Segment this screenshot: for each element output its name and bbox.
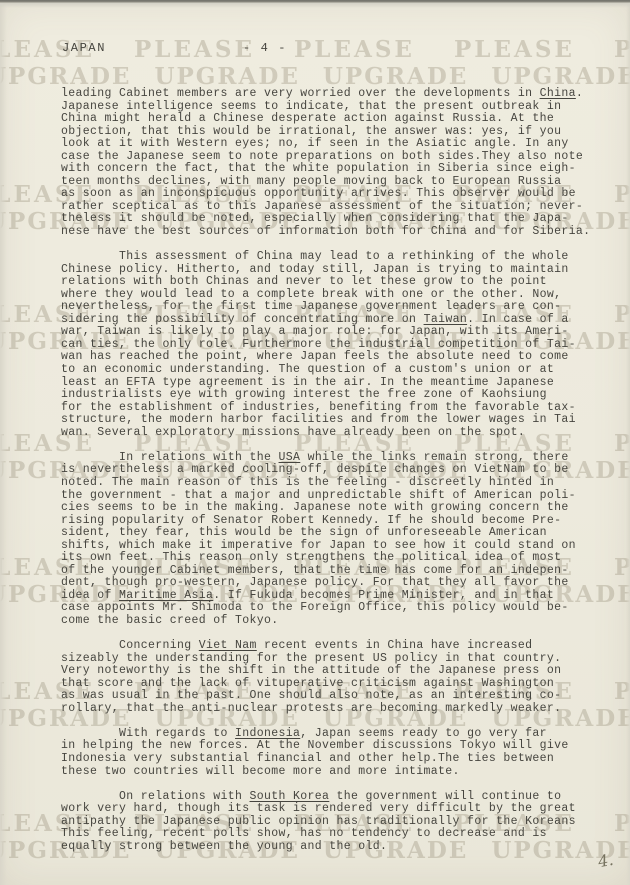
handwritten-page-number: 4. bbox=[596, 850, 614, 871]
underlined-term: South Korea bbox=[250, 790, 330, 803]
text-line: industrialists eye with growing interest… bbox=[61, 389, 606, 402]
text-line: as was usual in the past. One should als… bbox=[61, 690, 606, 703]
text-line: leading Cabinet members are very worried… bbox=[61, 88, 606, 101]
text-line: wan. Several exploratory missions have a… bbox=[61, 427, 606, 440]
text-line: nese have the best sources of informatio… bbox=[61, 226, 606, 239]
header-page-marker: - 4 - bbox=[243, 41, 287, 55]
underlined-term: Maritime Asia bbox=[119, 589, 213, 602]
text-line: rollary, that the anti-nuclear protests … bbox=[61, 703, 606, 716]
text-line: This assessment of China may lead to a r… bbox=[61, 251, 606, 264]
paragraph: With regards to Indonesia, Japan seems r… bbox=[61, 728, 606, 778]
scan-edge-right bbox=[626, 0, 630, 885]
scan-edge-left bbox=[0, 0, 7, 885]
text-line: This feeling, recent polls show, has no … bbox=[61, 828, 606, 841]
underlined-term: Viet Nam bbox=[199, 639, 257, 652]
underlined-term: Indonesia bbox=[235, 727, 300, 740]
text-line: with concern the fact, that the white po… bbox=[61, 163, 606, 176]
underlined-term: USA bbox=[279, 451, 301, 464]
text-line: these two countries will become more and… bbox=[61, 766, 606, 779]
text-line: noted. The main reason of this is the fe… bbox=[61, 477, 606, 490]
underlined-term: China bbox=[540, 87, 576, 100]
document-content: JAPAN - 4 - leading Cabinet members are … bbox=[0, 0, 630, 885]
text-line: Indonesia very substantial financial and… bbox=[61, 753, 606, 766]
text-line: look at it with Western eyes; no, if see… bbox=[61, 138, 606, 151]
paragraph: This assessment of China may lead to a r… bbox=[61, 251, 606, 439]
text-line: relations with both Chinas and never to … bbox=[61, 276, 606, 289]
text-line: structure, the modern harbor facilities … bbox=[61, 414, 606, 427]
text-line: to an economic understanding. The questi… bbox=[61, 364, 606, 377]
text-line: work very hard, though its task is rende… bbox=[61, 803, 606, 816]
text-line: equally strong between the young and the… bbox=[61, 841, 606, 854]
text-line: Concerning Viet Nam recent events in Chi… bbox=[61, 640, 606, 653]
paragraph: leading Cabinet members are very worried… bbox=[61, 88, 606, 239]
paragraph: On relations with South Korea the govern… bbox=[61, 791, 606, 854]
scanned-document-page: PLEASE PLEASE PLEASE PLEASE PLEASEUPGRAD… bbox=[0, 0, 630, 885]
text-line: sident, they fear, this would be the sig… bbox=[61, 527, 606, 540]
text-line: China might herald a Chinese desperate a… bbox=[61, 113, 606, 126]
text-line: its own feet. This reason only strengthe… bbox=[61, 552, 606, 565]
underlined-term: Taiwan bbox=[424, 313, 468, 326]
text-line: come the basic creed of Tokyo. bbox=[61, 615, 606, 628]
scan-edge-top bbox=[0, 0, 630, 8]
text-line: cies seems to be in the making. Japanese… bbox=[61, 502, 606, 515]
header-country-label: JAPAN bbox=[62, 41, 106, 55]
paragraph: In relations with the USA while the link… bbox=[61, 452, 606, 628]
text-line: Very noteworthy is the shift in the atti… bbox=[61, 665, 606, 678]
text-line: nevertheless, for the first time Japanes… bbox=[61, 301, 606, 314]
document-body: leading Cabinet members are very worried… bbox=[61, 88, 606, 866]
paragraph: Concerning Viet Nam recent events in Chi… bbox=[61, 640, 606, 715]
